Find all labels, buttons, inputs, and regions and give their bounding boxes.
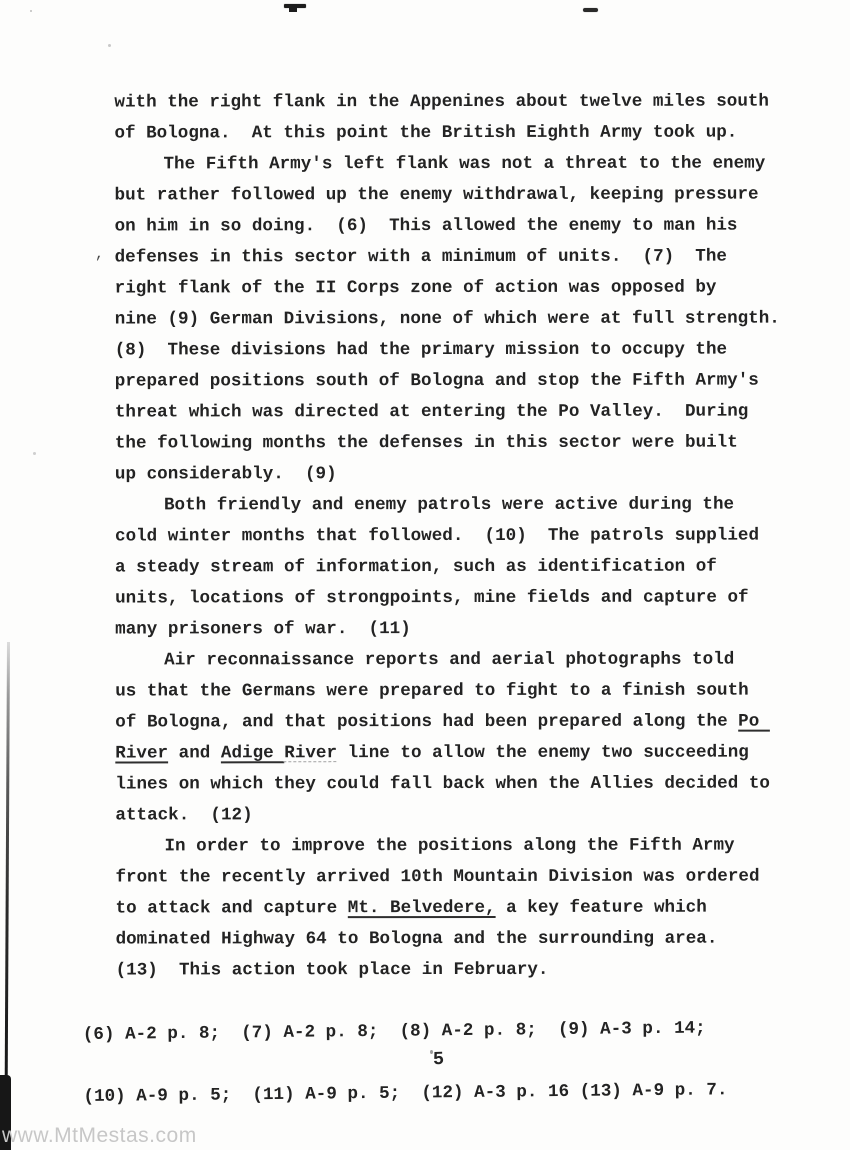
text-segment: to attack and capture <box>116 898 348 918</box>
underlined-text: Po <box>738 712 770 732</box>
document-body: with the right flank in the Appenines ab… <box>114 87 815 987</box>
text-line: with the right flank in the Appenines ab… <box>114 87 814 119</box>
underlined-text: Adige <box>221 743 284 763</box>
scan-speck <box>108 44 111 47</box>
text-line: Air reconnaissance reports and aerial ph… <box>115 645 815 677</box>
scanned-page: with the right flank in the Appenines ab… <box>0 0 850 1150</box>
text-line: to attack and capture Mt. Belvedere, a k… <box>115 893 815 925</box>
underlined-text: River <box>115 743 168 763</box>
footnote-line: (6) A-2 p. 8; (7) A-2 p. 8; (8) A-2 p. 8… <box>83 1018 783 1046</box>
text-line: defenses in this sector with a minimum o… <box>115 242 815 274</box>
underlined-text: River <box>284 743 337 763</box>
watermark: www.MtMestas.com <box>2 1124 197 1148</box>
text-line: the following months the defenses in thi… <box>115 428 815 460</box>
text-line: cold winter months that followed. (10) T… <box>115 521 815 553</box>
text-line: of Bologna. At this point the British Ei… <box>114 118 814 150</box>
scan-edge-line <box>5 642 10 1082</box>
footnote-line: (10) A-9 p. 5; (11) A-9 p. 5; (12) A-3 p… <box>83 1079 783 1107</box>
text-line: In order to improve the positions along … <box>115 831 815 863</box>
text-line: lines on which they could fall back when… <box>115 769 815 801</box>
text-line: on him in so doing. (6) This allowed the… <box>115 211 815 243</box>
text-line: attack. (12) <box>115 800 815 832</box>
text-line: many prisoners of war. (11) <box>115 614 815 646</box>
scan-speck <box>430 1050 433 1054</box>
stray-comma-mark: , <box>95 246 104 263</box>
scan-speck <box>30 10 32 12</box>
scan-speck <box>33 452 36 455</box>
text-segment: line to allow the enemy two succeeding <box>337 743 749 764</box>
text-line: nine (9) German Divisions, none of which… <box>115 304 815 336</box>
text-line: threat which was directed at entering th… <box>115 397 815 429</box>
text-line: The Fifth Army's left flank was not a th… <box>114 149 814 181</box>
text-line: but rather followed up the enemy withdra… <box>115 180 815 212</box>
scan-mark-top-center <box>284 4 306 8</box>
text-line: of Bologna, and that positions had been … <box>115 707 815 739</box>
text-line: prepared positions south of Bologna and … <box>115 366 815 398</box>
text-line: us that the Germans were prepared to fig… <box>115 676 815 708</box>
text-segment: a key feature which <box>496 898 707 918</box>
scan-mark-top-right <box>583 8 598 12</box>
text-line: dominated Highway 64 to Bologna and the … <box>116 924 816 956</box>
text-line: River and Adige River line to allow the … <box>115 738 815 770</box>
text-line: a steady stream of information, such as … <box>115 552 815 584</box>
text-line: units, locations of strongpoints, mine f… <box>115 583 815 615</box>
text-line: right flank of the II Corps zone of acti… <box>115 273 815 305</box>
page-number: 5 <box>433 1049 445 1070</box>
text-line: Both friendly and enemy patrols were act… <box>115 490 815 522</box>
text-segment: and <box>168 743 221 763</box>
text-line: up considerably. (9) <box>115 459 815 491</box>
underlined-text: Mt. Belvedere, <box>348 898 496 918</box>
text-line: front the recently arrived 10th Mountain… <box>115 862 815 894</box>
text-line: (8) These divisions had the primary miss… <box>115 335 815 367</box>
text-segment: of Bologna, and that positions had been … <box>115 712 738 733</box>
